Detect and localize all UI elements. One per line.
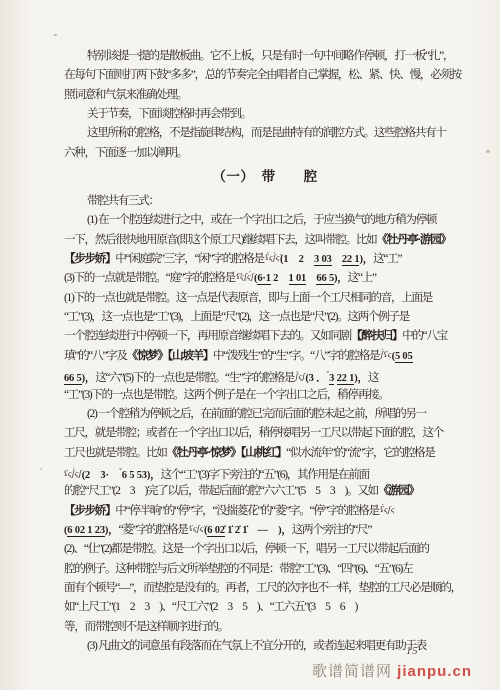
watermark-site-name: 歌谱简谱网 [312,663,392,680]
text-line: 带腔共有三式： [64,191,466,210]
gongche-notation-icon: ʕςʃ́ςʃ [64,468,82,478]
gongche-notation-icon: ʕ́ςʃς [380,504,395,514]
text-line: 【步步娇】中“闲庭院”三字，“闲”字的腔格是 ʕ́ςʃ̀ς̛(1 2 3 03 … [64,249,466,268]
text-line: 关于节奏，下面谈腔格时再会带到。 [64,104,466,123]
page-number: 15 [406,646,419,657]
scan-speck [486,150,490,153]
text-line: (3)下的一点就是带腔。“庭”字的腔格是 ʕ̛ςʃ̣ς́ʃ(6·1 2 1 01… [64,268,466,287]
text-line: 在每句下面则打两下鼓“多多”，总的节奏完全由唱者自己掌握，松、紧、快、慢，必须按 [64,65,466,84]
scan-speck [40,468,42,470]
text-line: ʕςʃ́ςʃ(2 3· ˇ6 5 53)，这个“工”(3)字下旁注的“五”(6)… [64,462,466,481]
text-line: 照词意和气氛来准确处理。 [64,85,466,104]
gongche-notation-icon: ʃ́ʕς [381,349,392,359]
text-line: 瑱”的“八”字及《惊梦》【山坡羊】中“泼残生”的“生”字。“八”字的腔格是 ʃ́… [64,346,466,365]
text-line: 的腔“尺工”(2 3 )完了以后，带起后面的腔“六六工”(5 5 3 )。又如《… [64,481,466,500]
text-line: 面有个顿号“—”，而垫腔是没有的。再者，工尺的次序也不一样，垫腔的工尺必是顺的， [64,578,466,597]
gongche-notation-icon: ʃ́ςʃ [296,371,306,381]
text-line: 工尺，就是带腔；或者在一个字出口以后，稍停接唱另一工尺以带起下面的腔，这个 [64,423,466,442]
text-line: (1) 在一个腔连续进行之中，或在一个字出口之后，于应当换气的地方稍为停顿 [64,210,466,229]
text-line: 腔的例子。这种带腔与后文所举垫腔的不同是：带腔“工”(3)、“四”(6̣)、“五… [64,559,466,578]
text-line: 【步步娇】中“停半晌”的“停”字，“没揣菱花”的“菱”字。“停”字的腔格是 ʕ́… [64,501,466,520]
text-line: 等，而带腔则不是这样顺序进行的。 [64,617,466,636]
watermark-site-url: jianpu.cn [397,663,472,680]
text-line: 六种，下面逐一加以阐明。 [64,143,466,162]
text-line: 如“上尺工”(1 2 3 )、“尺工六”(2 3 5 )、“工六五”(3 5 6… [64,597,466,616]
section-heading: （一） 带 腔 [64,164,466,190]
watermark: 歌谱简谱网 jianpu.cn [312,660,472,681]
text-line: 66 5)，这“六”(5)下的一点也是带腔。“生”字的腔格是 ʃ́ςʃ(3 ．ˇ… [64,365,466,384]
text-line: 工尺也就是带腔。比如《牡丹亭·惊梦》【山桃红】“似水流年”的“流”字，它的腔格是 [64,443,466,462]
text-line: (2)、“仩”(2̇)都是带腔。这是一个字出口以后，停顿一下，唱另一工尺以带起后… [64,539,466,558]
text-line: (6 02 1 23)，“菱”字的腔格是 ʕςʃς̈(6 02̇ 1̇ 2̇ 1… [64,520,466,539]
text-line: 一下，然后很快地用原音(即这个原工尺)继续唱下去，这叫带腔。比如《牡丹亭·游园》 [64,230,466,249]
text-line: 这里所称的腔格，不是指旋律结构，而是昆曲特有的润腔方式。这些腔格共有十 [64,123,466,142]
text-line: “工”(3)，这一点也是“工”(3)，上面是“尺”(2)，这一点也是“尺”(2)… [64,307,466,326]
text-line: (2) 一个腔稍为停顿之后，在前面的腔已完而后面的腔未起之前，所唱的另一 [64,404,466,423]
gongche-notation-icon: ʕ́ςʃ̀ς̛ [265,252,280,262]
text-line: “工”(3)下的一点也是带腔。这两个例子是在一个字出口之后，稍停再接。 [64,385,466,404]
gongche-notation-icon: ʕ̛ςʃ̣ς́ʃ [236,271,254,281]
text-column: 特别该提一提的是散板曲。它不上板，只是有时一句中间略作停顿，打一板“扎”，在每句… [64,46,466,655]
scan-speck [54,34,57,36]
text-line: 一个腔连续进行中停顿一下，再用原音继续唱下去的。又如同剧【醉扶归】中的“八宝 [64,326,466,345]
text-line: 特别该提一提的是散板曲。它不上板，只是有时一句中间略作停顿，打一板“扎”， [64,46,466,65]
gongche-notation-icon: ʕςʃς̈ [189,523,204,533]
text-line: (1)下的一点也就是带腔。这一点是代表原音，即与上面一个工尺相同的音，上面是 [64,288,466,307]
scanned-book-page: 特别该提一提的是散板曲。它不上板，只是有时一句中间略作停顿，打一板“扎”，在每句… [0,0,500,690]
